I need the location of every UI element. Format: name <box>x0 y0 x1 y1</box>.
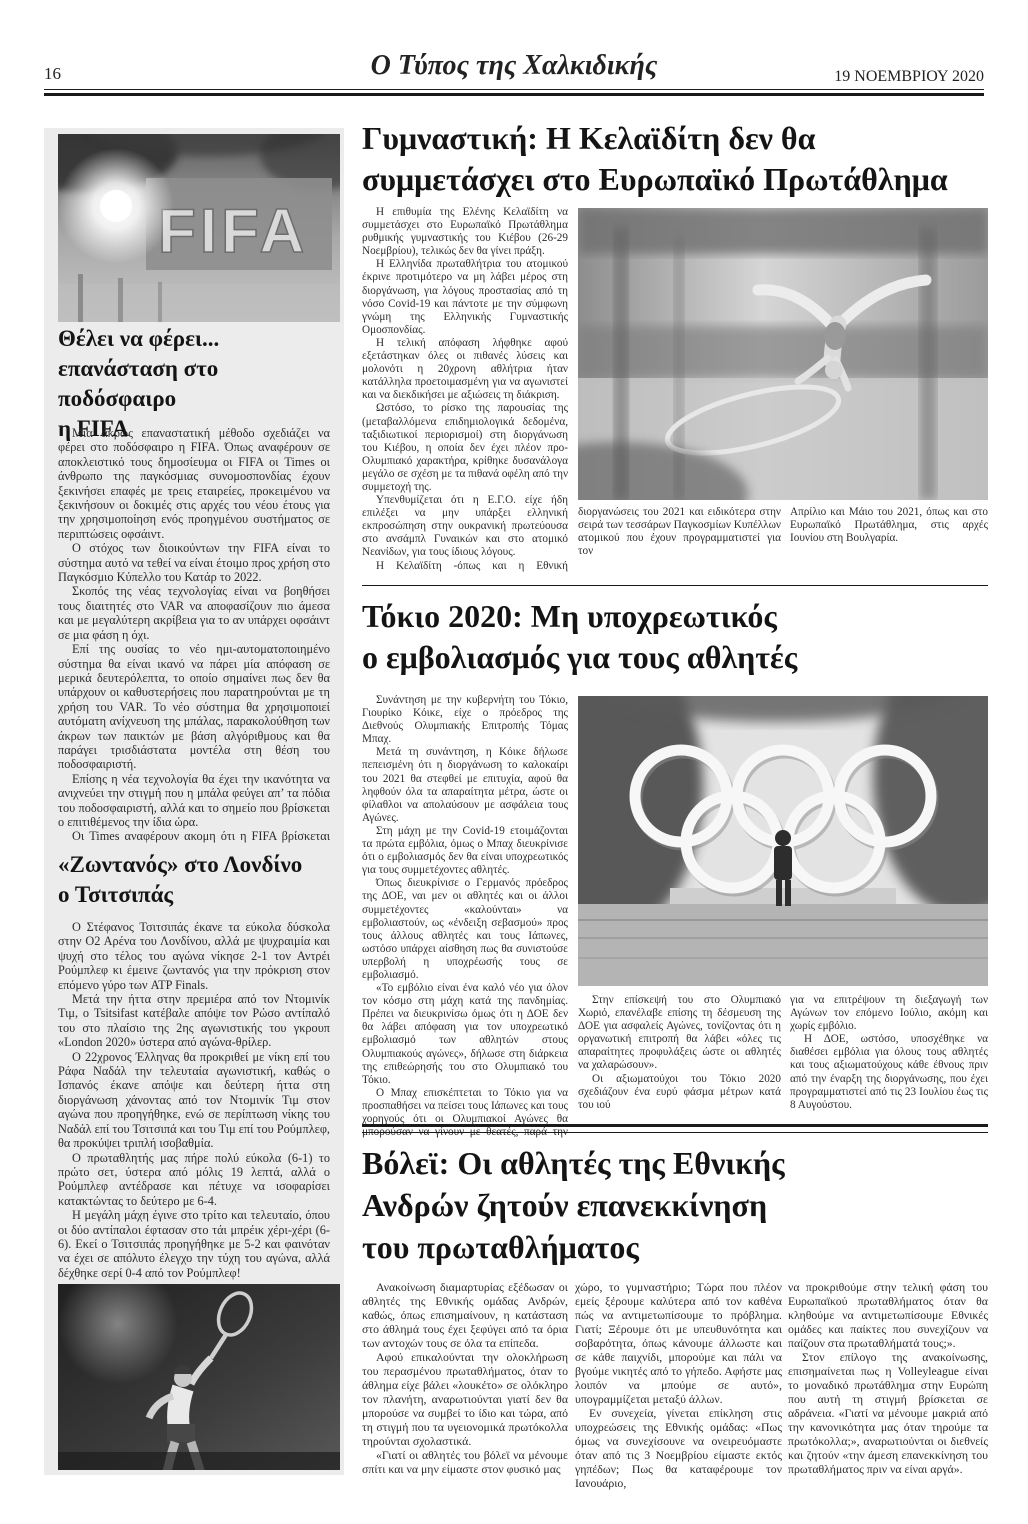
svg-text:FIFA: FIFA <box>158 197 308 266</box>
gymnastics-article-title: Γυμναστική: Η Κελαϊδίτη δεν θα συμμετάσχ… <box>362 118 990 200</box>
tokyo-column-1: Συνάντηση με την κυβερνήτη του Τόκιο, Γι… <box>362 694 568 1140</box>
gymnastics-paragraph: Η τελική απόφαση λήφθηκε αφού εξετάστηκα… <box>362 337 568 402</box>
tsitsipas-article-title: «Ζωντανός» στο Λονδίνο ο Τσιτσιπάς <box>58 850 334 910</box>
tokyo-paragraph: Μετά τη συνάντηση, η Κόικε δήλωσε πεπεισ… <box>362 746 568 825</box>
olympic-rings-photo <box>578 696 988 986</box>
newspaper-page: { "header": { "page_number": "16", "news… <box>0 0 1028 1524</box>
tokyo-article-title: Τόκιο 2020: Μη υποχρεωτικός ο εμβολιασμό… <box>362 596 990 678</box>
header-rule-thin <box>44 89 984 90</box>
fifa-paragraph: Επίσης η νέα τεχνολογία θα έχει την ικαν… <box>58 772 330 830</box>
tsitsipas-paragraph: Ο 22χρονος Έλληνας θα προκριθεί με νίκη … <box>58 1050 330 1151</box>
tsitsipas-title-line2: ο Τσιτσιπάς <box>58 882 173 907</box>
gymnast-photo <box>578 208 988 500</box>
volleyball-paragraph: «Γιατί οι αθλητές του βόλεϊ να μένουμε σ… <box>362 1448 568 1476</box>
gymnast-photo-illustration <box>578 208 988 500</box>
gymnastics-bottom-column-2: Απρίλιο και Μάιο του 2021, όπως και στο … <box>790 506 988 576</box>
gymnastics-paragraph: Η Ελληνίδα πρωταθλήτρια του ατομικού έκρ… <box>362 258 568 337</box>
volleyball-column-2: χώρο, το γυμναστήριο; Τώρα που πλέον εμε… <box>575 1280 782 1508</box>
olympic-rings-illustration <box>578 696 988 986</box>
gymnastics-title-line1: Γυμναστική: Η Κελαϊδίτη δεν θα <box>362 120 815 156</box>
tsitsipas-article-body: Ο Στέφανος Τσιτσιπάς έκανε τα εύκολα δύσ… <box>58 920 330 1280</box>
section-divider <box>362 585 988 586</box>
volleyball-paragraph: Αφού επικαλούνται την ολοκλήρωση του περ… <box>362 1350 568 1448</box>
header-rule-thick <box>44 93 984 96</box>
tokyo-paragraph: Στην επίσκεψή του στο Ολυμπιακό Χωριό, ε… <box>578 994 781 1073</box>
tokyo-column-3: για να επιτρέψουν τη διεξαγωγή των Αγώνω… <box>790 994 988 1120</box>
fifa-paragraph: Επί της ουσίας το νέο ημι-αυτοματοποιημέ… <box>58 642 330 772</box>
volleyball-column-1: Ανακοίνωση διαμαρτυρίας εξέδωσαν οι αθλη… <box>362 1280 568 1508</box>
gymnastics-paragraph: Υπενθυμίζεται ότι η Ε.Γ.Ο. είχε ήδη επιλ… <box>362 494 568 559</box>
tsitsipas-paragraph: Ο Στέφανος Τσιτσιπάς έκανε τα εύκολα δύσ… <box>58 920 330 992</box>
gymnastics-bottom-column-1: διοργανώσεις του 2021 και ειδικότερα στη… <box>578 506 781 576</box>
volleyball-title-line3: του πρωταθλήματος <box>362 1229 639 1265</box>
section-divider-thin <box>362 1132 988 1133</box>
volleyball-column-3: να προκριθούμε στην τελική φάση του Ευρω… <box>788 1280 988 1508</box>
tsitsipas-tennis-photo <box>58 1284 340 1470</box>
tokyo-paragraph: για να επιτρέψουν τη διεξαγωγή των Αγώνω… <box>790 994 988 1033</box>
tokyo-paragraph: Οι αξιωματούχοι του Τόκιο 2020 σχεδιάζου… <box>578 1073 781 1112</box>
tsitsipas-title-line1: «Ζωντανός» στο Λονδίνο <box>58 852 302 877</box>
volleyball-title-line2: Ανδρών ζητούν επανεκκίνηση <box>362 1187 767 1223</box>
fifa-article-body: Μία άκρως επαναστατική μέθοδο σχεδιάζει … <box>58 426 330 846</box>
volleyball-title-line1: Βόλεϊ: Οι αθλητές της Εθνικής <box>362 1145 785 1181</box>
tsitsipas-paragraph: Ο πρωταθλητής μας πήρε πολύ εύκολα (6-1)… <box>58 1151 330 1209</box>
gymnastics-paragraph: Απρίλιο και Μάιο του 2021, όπως και στο … <box>790 506 988 545</box>
section-divider-thick <box>362 1124 988 1127</box>
fifa-headquarters-photo: FIFA <box>58 134 340 322</box>
gymnastics-paragraph: διοργανώσεις του 2021 και ειδικότερα στη… <box>578 506 781 558</box>
left-column: FIFA Θέλει να φέρει... επανάσταση στο πο… <box>44 128 344 1475</box>
volleyball-paragraph: Εν συνεχεία, γίνεται επίκληση στις υποχρ… <box>575 1406 782 1490</box>
tokyo-paragraph: «Το εμβόλιο είναι ένα καλό νέο για όλον … <box>362 982 568 1087</box>
tokyo-paragraph: Συνάντηση με την κυβερνήτη του Τόκιο, Γι… <box>362 694 568 746</box>
gymnastics-paragraph: Η Κελαϊδίτη -όπως και η Εθνική ανσάμπλ- … <box>362 560 568 574</box>
gymnastics-column-1: Η επιθυμία της Ελένης Κελαϊδίτη να συμμε… <box>362 206 568 574</box>
fifa-paragraph: Ο στόχος των διοικούντων την FIFA είναι … <box>58 541 330 584</box>
fifa-paragraph: Σκοπός της νέας τεχνολογίας είναι να βοη… <box>58 584 330 642</box>
volleyball-paragraph: χώρο, το γυμναστήριο; Τώρα που πλέον εμε… <box>575 1280 782 1406</box>
gymnastics-paragraph: Ωστόσο, το ρίσκο της παρουσίας της (μετα… <box>362 402 568 494</box>
tsitsipas-paragraph: Η μεγάλη μάχη έγινε στο τρίτο και τελευτ… <box>58 1208 330 1280</box>
tokyo-title-line1: Τόκιο 2020: Μη υποχρεωτικός <box>362 598 777 634</box>
tokyo-title-line2: ο εμβολιασμός για τους αθλητές <box>362 639 797 675</box>
tokyo-column-2: Στην επίσκεψή του στο Ολυμπιακό Χωριό, ε… <box>578 994 781 1120</box>
issue-date: 19 ΝΟΕΜΒΡΙΟΥ 2020 <box>834 68 984 86</box>
fifa-title-line2: επανάσταση στο ποδόσφαιρο <box>58 356 218 411</box>
fifa-photo-illustration: FIFA <box>58 134 340 322</box>
volleyball-paragraph: να προκριθούμε στην τελική φάση του Ευρω… <box>788 1280 988 1350</box>
volleyball-article-title: Βόλεϊ: Οι αθλητές της Εθνικής Ανδρών ζητ… <box>362 1142 990 1268</box>
volleyball-paragraph: Στον επίλογο της ανακοίνωσης, επισημαίνε… <box>788 1350 988 1476</box>
tokyo-paragraph: Στη μάχη με την Covid-19 ετοιμάζονται τα… <box>362 825 568 877</box>
tennis-photo-illustration <box>58 1284 340 1470</box>
fifa-paragraph: Οι Times αναφέρουν ακομη ότι η FIFA βρίσ… <box>58 829 330 846</box>
gymnastics-title-line2: συμμετάσχει στο Ευρωπαϊκό Πρωτάθλημα <box>362 161 948 197</box>
tokyo-paragraph: Όπως διευκρίνισε ο Γερμανός πρόεδρος της… <box>362 877 568 982</box>
gymnastics-paragraph: Η επιθυμία της Ελένης Κελαϊδίτη να συμμε… <box>362 206 568 258</box>
tokyo-paragraph: Η ΔΟΕ, ωστόσο, υποσχέθηκε να διαθέσει εμ… <box>790 1033 988 1112</box>
fifa-title-line1: Θέλει να φέρει... <box>58 326 219 351</box>
volleyball-paragraph: Ανακοίνωση διαμαρτυρίας εξέδωσαν οι αθλη… <box>362 1280 568 1350</box>
tsitsipas-paragraph: Μετά την ήττα στην πρεμιέρα από τον Ντομ… <box>58 992 330 1050</box>
fifa-paragraph: Μία άκρως επαναστατική μέθοδο σχεδιάζει … <box>58 426 330 541</box>
